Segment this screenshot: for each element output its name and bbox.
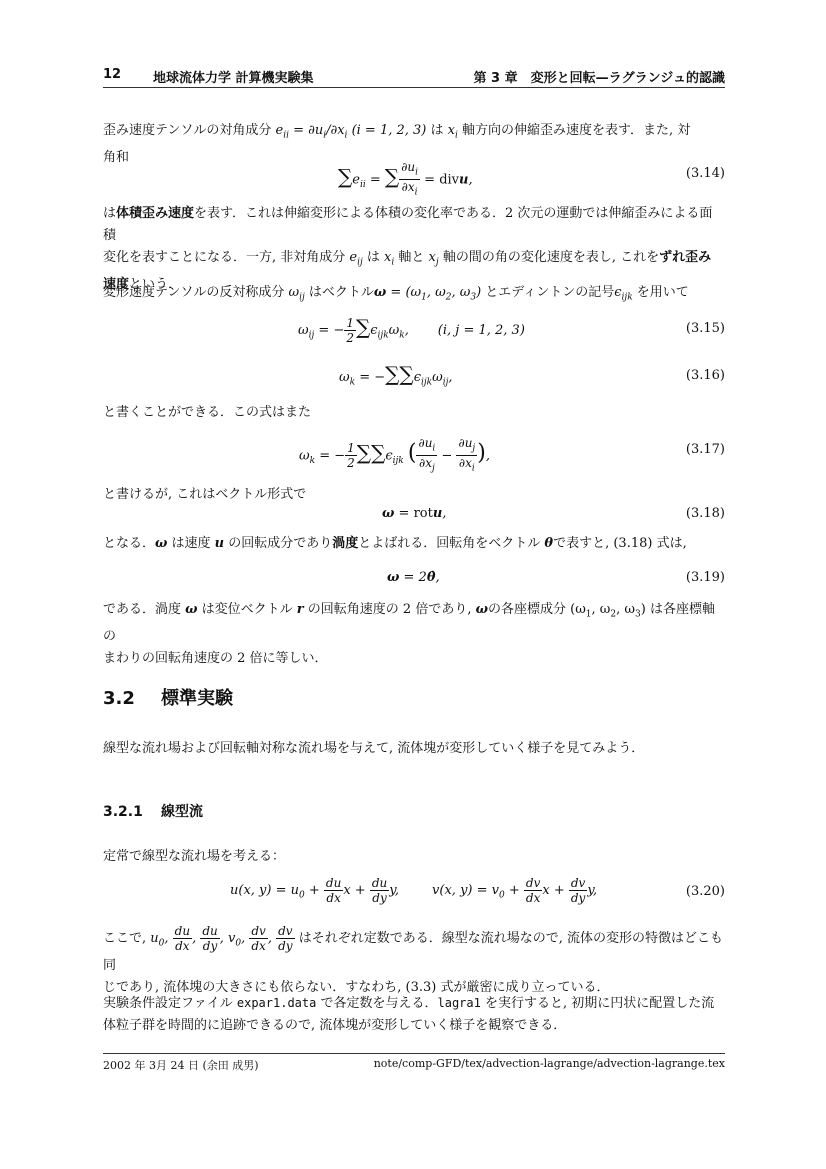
math-omega-components: = (ω1, ω2, ω3) [386, 285, 481, 300]
math-omega: ω [185, 602, 197, 617]
equation-3-16: ωk = −∑∑ϵijkωij, (3.16) [103, 362, 725, 392]
text: は [103, 206, 116, 221]
equation-body: ωij = −12∑ϵijkωk, (i, j = 1, 2, 3) [298, 315, 525, 345]
math-omega: ω [155, 536, 167, 551]
text: は変位ベクトル [198, 602, 297, 617]
text: を実行すると, 初期に円状に配置した流 [481, 996, 714, 1011]
running-header: 12 地球流体力学 計算機実験集 第 3 章 変形と回転—ラグランジュ的認識 [103, 65, 725, 85]
text: である．渦度 [103, 602, 185, 617]
equation-number: (3.18) [686, 506, 725, 521]
equation-number: (3.15) [686, 321, 725, 336]
text: となる． [103, 536, 155, 551]
term-volume-strain-rate: 体積歪み速度 [116, 206, 194, 221]
equation-3-15: ωij = −12∑ϵijkωk, (i, j = 1, 2, 3) (3.15… [103, 315, 725, 345]
equation-3-18: ω = rotu, (3.18) [103, 506, 725, 536]
text: は [426, 123, 447, 138]
text: 変化を表すことになる．一方, 非対角成分 [103, 250, 349, 265]
math-omega: ω [476, 602, 488, 617]
math-x-j: xj [429, 250, 439, 265]
text: を表す．これは伸縮変形による体積の変化率である．2 次元の運動では伸縮歪みによる… [103, 206, 712, 243]
math-r: r [297, 602, 304, 617]
equation-number: (3.20) [686, 884, 725, 899]
text: 歪み速度テンソルの対角成分 [103, 123, 275, 138]
text: の回転角速度の 2 倍であり, [304, 602, 476, 617]
page-number: 12 [103, 67, 121, 82]
text: は速度 [167, 536, 214, 551]
paragraph-steady-linear-flow: 定常で線型な流れ場を考える： [103, 846, 725, 868]
section-heading-3-2: 3.2標準実験 [103, 684, 233, 710]
text: とよばれる．回転角をベクトル [358, 536, 544, 551]
equation-body: ωk = −12∑∑ϵijk (∂ui∂xj − ∂uj∂xi), [299, 436, 490, 476]
filename-expar1: expar1.data [237, 996, 316, 1010]
subsection-number: 3.2.1 [103, 804, 161, 820]
math-theta: θ [544, 536, 553, 551]
paragraph-section-intro: 線型な流れ場および回転軸対称な流れ場を与えて, 流体塊が変形していく様子を見てみ… [103, 738, 725, 760]
footer-rule [103, 1053, 725, 1054]
text: 変形速度テンソルの反対称成分 [103, 285, 288, 300]
book-title: 地球流体力学 計算機実験集 [153, 67, 314, 86]
chapter-title: 第 3 章 変形と回転—ラグランジュ的認識 [473, 67, 725, 86]
math-e-ij: eij [349, 250, 362, 265]
paragraph-vorticity: となる．ω は速度 u の回転成分であり渦度とよばれる．回転角をベクトル θで表… [103, 533, 725, 555]
section-number: 3.2 [103, 688, 161, 709]
paragraph-antisymmetric: 変形速度テンソルの反対称成分 ωij はベクトルω = (ω1, ω2, ω3)… [103, 282, 725, 309]
math-index-range: (i = 1, 2, 3) [347, 123, 426, 138]
text: を用いて [633, 285, 689, 300]
text: 軸と [394, 250, 428, 265]
paragraph-constants: ここで, u0, dudx, dudy, v0, dvdx, dvdy はそれぞ… [103, 924, 725, 999]
text: 軸の間の角の変化速度を表し, これを [439, 250, 659, 265]
math-u: u [215, 536, 224, 551]
text: 体粒子群を時間的に追跡できるので, 流体塊が変形していく様子を観察できる． [103, 1018, 566, 1033]
section-title: 標準実験 [161, 688, 233, 709]
equation-3-20: u(x, y) = u0 + dudxx + dudyy, v(x, y) = … [103, 876, 725, 906]
paragraph-vorticity-meaning: である．渦度 ω は変位ベクトル r の回転角速度の 2 倍であり, ωの各座標… [103, 599, 725, 670]
math-e-ii: eii [275, 123, 288, 138]
equation-body: ω = rotu, [382, 506, 446, 521]
equation-body: ω = 2θ̇, [387, 570, 440, 585]
text: で各定数を与える． [316, 996, 437, 1011]
math-x-i: xi [384, 250, 394, 265]
math-du-dx: = ∂ui/∂xi [289, 123, 347, 138]
equation-number: (3.16) [686, 368, 725, 383]
equation-3-14: ∑eii = ∑∂ui∂xi = divu, (3.14) [103, 160, 725, 190]
document-page: 12 地球流体力学 計算機実験集 第 3 章 変形と回転—ラグランジュ的認識 歪… [0, 0, 826, 1169]
program-lagra1: lagra1 [438, 996, 481, 1010]
paragraph-experiment-setup: 実験条件設定ファイル expar1.data で各定数を与える．lagra1 を… [103, 992, 725, 1037]
text: の回転成分であり [224, 536, 332, 551]
equation-body: ∑eii = ∑∂ui∂xi = divu, [338, 160, 473, 200]
text: は [363, 250, 384, 265]
header-rule [103, 87, 725, 88]
text: とエディントンの記号 [481, 285, 614, 300]
math-x-i: xi [448, 123, 458, 138]
footer-date-author: 2002 年 3月 24 日 (余田 成男) [103, 1057, 259, 1073]
term-vorticity: 渦度 [332, 536, 358, 551]
math-constants-list: u0, dudx, dudy, v0, dvdx, dvdy [150, 931, 294, 946]
text: はベクトル [305, 285, 374, 300]
term-shear-strain: ずれ歪み [659, 250, 711, 265]
subsection-heading-3-2-1: 3.2.1線型流 [103, 801, 203, 821]
equation-number: (3.14) [686, 166, 725, 181]
paragraph-can-be-written: と書くことができる．この式はまた [103, 402, 725, 424]
equation-number: (3.17) [686, 442, 725, 457]
subsection-title: 線型流 [161, 804, 203, 820]
footer-source-path: note/comp-GFD/tex/advection-lagrange/adv… [374, 1057, 725, 1070]
math-epsilon-ijk: ϵijk [614, 285, 632, 300]
equation-body: u(x, y) = u0 + dudxx + dudyy, v(x, y) = … [230, 876, 597, 905]
text: 軸方向の伸縮歪み速度を表す．また, 対 [458, 123, 690, 138]
text: ここで, [103, 931, 150, 946]
math-omega-ij: ωij [288, 285, 304, 300]
math-omega-vector: ω [374, 285, 386, 300]
text: で表すと, (3.18) 式は, [553, 536, 687, 551]
equation-3-17: ωk = −12∑∑ϵijk (∂ui∂xj − ∂uj∂xi), (3.17) [103, 436, 725, 466]
equation-number: (3.19) [686, 570, 725, 585]
paragraph-vector-form: と書けるが, これはベクトル形式で [103, 484, 725, 506]
text: まわりの回転角速度の 2 倍に等しい． [103, 651, 328, 666]
equation-body: ωk = −∑∑ϵijkωij, [339, 362, 453, 388]
text: 実験条件設定ファイル [103, 996, 237, 1011]
equation-3-19: ω = 2θ̇, (3.19) [103, 570, 725, 600]
